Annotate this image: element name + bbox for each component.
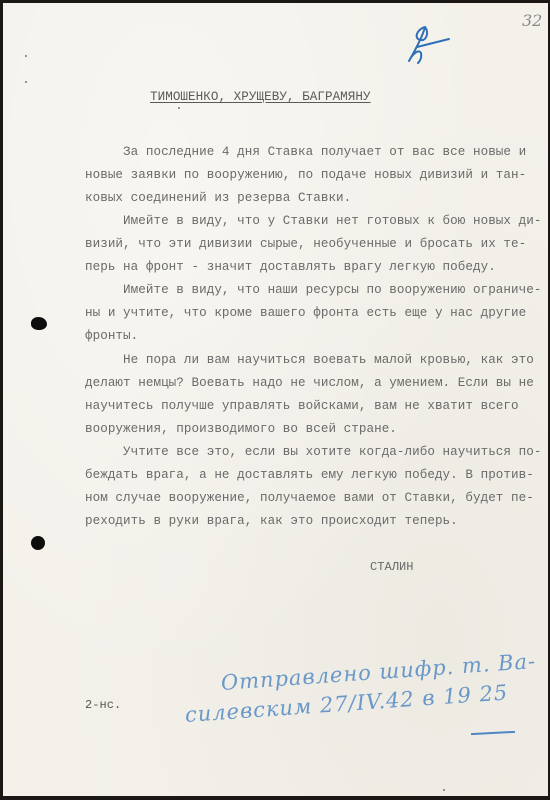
body-line: ном случае вооружение, получаемое вами о… [85, 491, 534, 505]
paper-speck [25, 55, 27, 57]
paper-speck [443, 789, 445, 791]
body-line: перь на фронт - значит доставлять врагу … [85, 260, 496, 274]
body-line: научитесь получше управлять войсками, ва… [85, 399, 519, 413]
body-line: Учтите все это, если вы хотите когда-либ… [85, 445, 541, 459]
body-line: За последние 4 дня Ставка получает от ва… [85, 145, 526, 159]
body-line: Не пора ли вам научиться воевать малой к… [85, 353, 534, 367]
body-line: новые заявки по вооружению, по подаче но… [85, 168, 526, 182]
paper-speck [25, 81, 27, 83]
page-number: 32 [522, 11, 542, 30]
punch-hole-icon [31, 317, 47, 330]
body-line: ны и учтите, что кроме вашего фронта ест… [85, 306, 526, 320]
handwritten-underline [471, 731, 515, 735]
resolution-mark-icon [403, 23, 453, 69]
paper-speck [178, 107, 180, 109]
body-line: фронты. [85, 329, 138, 343]
addressees-heading: ТИМОШЕНКО, ХРУЩЕВУ, БАГРАМЯНУ [150, 90, 371, 104]
body-line: визий, что эти дивизии сырые, необученны… [85, 237, 526, 251]
body-line: Имейте в виду, что у Ставки нет готовых … [85, 214, 541, 228]
document-page: 32 ТИМОШЕНКО, ХРУЩЕВУ, БАГРАМЯНУ За посл… [3, 3, 548, 796]
body-line: делают немцы? Воевать надо не числом, а … [85, 376, 534, 390]
copy-count: 2-нс. [85, 698, 121, 712]
punch-hole-icon [31, 536, 45, 550]
body-line: ковых соединений из резерва Ставки. [85, 191, 351, 205]
body-line: реходить в руки врага, как это происходи… [85, 514, 458, 528]
body-line: беждать врага, а не доставлять ему легку… [85, 468, 534, 482]
signature: СТАЛИН [370, 560, 414, 574]
body-line: Имейте в виду, что наши ресурсы по воору… [85, 283, 541, 297]
body-line: вооружения, производимого во всей стране… [85, 422, 397, 436]
